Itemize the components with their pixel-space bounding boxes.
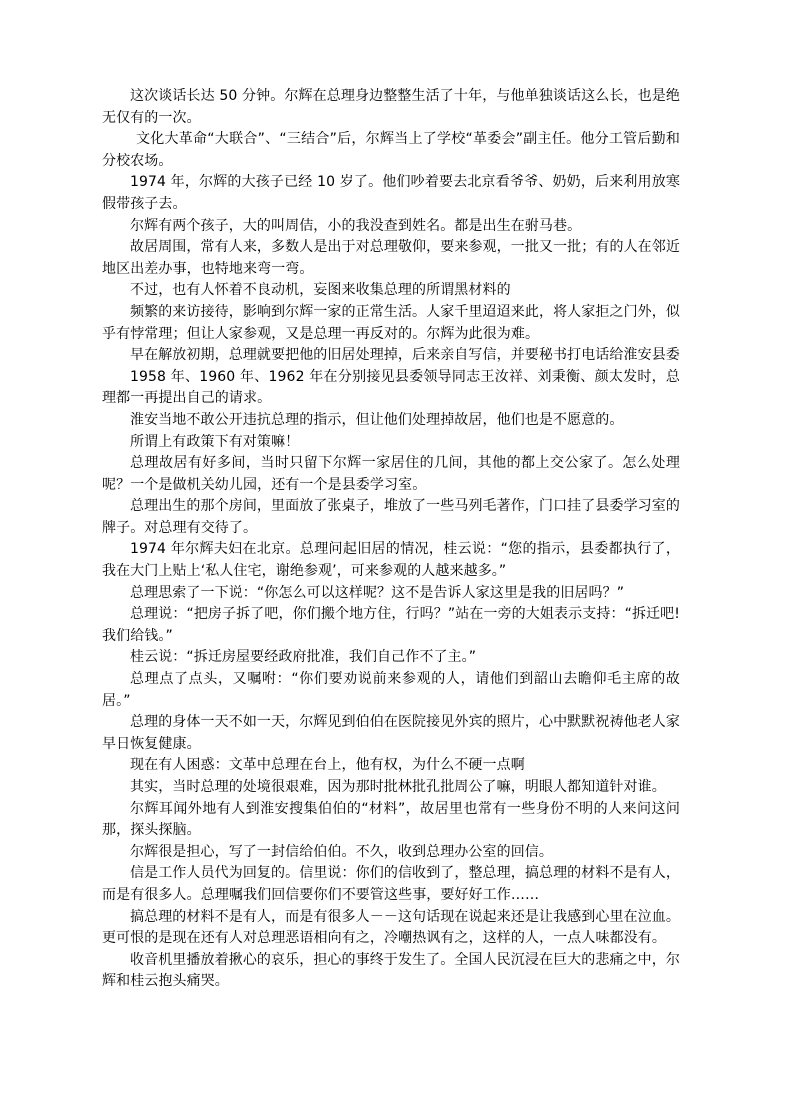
paragraph: 信是工作人员代为回复的。信里说：你们的信收到了，整总理，搞总理的材料不是有人，而… [102,863,680,906]
paragraph: 桂云说：“拆迁房屋要经政府批准，我们自己作不了主。” [102,647,680,669]
paragraph: 总理的身体一天不如一天，尔辉见到伯伯在医院接见外宾的照片，心中默默祝祷他老人家早… [102,712,680,755]
paragraph: 不过，也有人怀着不良动机，妄图来收集总理的所谓黑材料的 [102,280,680,302]
paragraph: 总理思索了一下说：“你怎么可以这样呢？这不是告诉人家这里是我的旧居吗？” [102,583,680,605]
paragraph: 总理说：“把房子拆了吧，你们搬个地方住，行吗？”站在一旁的大姐表示支持：“拆迁吧… [102,604,680,647]
paragraph: 淮安当地不敢公开违抗总理的指示，但让他们处理掉故居，他们也是不愿意的。 [102,410,680,432]
paragraph: 早在解放初期，总理就要把他的旧居处理掉，后来亲自写信，并要秘书打电话给淮安县委 [102,345,680,367]
paragraph: 总理点了点头，又嘱咐：“你们要劝说前来参观的人，请他们到韶山去瞻仰毛主席的故居。… [102,669,680,712]
paragraph: 收音机里播放着揪心的哀乐，担心的事终于发生了。全国人民沉浸在巨大的悲痛之中，尔辉… [102,950,680,993]
paragraph: 1974 年尔辉夫妇在北京。总理问起旧居的情况，桂云说：“您的指示，县委都执行了… [102,539,680,582]
paragraph: 现在有人困惑：文革中总理在台上，他有权，为什么不硬一点啊 [102,755,680,777]
paragraph: 尔辉有两个孩子，大的叫周佶，小的我没查到姓名。都是出生在驸马巷。 [102,216,680,238]
paragraph: 1974 年，尔辉的大孩子已经 10 岁了。他们吵着要去北京看爷爷、奶奶，后来利… [102,172,680,215]
paragraph: 尔辉很是担心，写了一封信给伯伯。不久，收到总理办公室的回信。 [102,842,680,864]
paragraph: 所谓上有政策下有对策嘛！ [102,432,680,454]
paragraph: 搞总理的材料不是有人，而是有很多人－－这句话现在说起来还是让我感到心里在泣血。更… [102,907,680,950]
document-page: 这次谈话长达 50 分钟。尔辉在总理身边整整生活了十年，与他单独谈话这么长，也是… [102,86,680,993]
paragraph: 频繁的来访接待，影响到尔辉一家的正常生活。人家千里迢迢来此，将人家拒之门外，似乎… [102,302,680,345]
paragraph: 尔辉耳闻外地有人到淮安搜集伯伯的“材料”，故居里也常有一些身份不明的人来问这问那… [102,799,680,842]
paragraph: 其实，当时总理的处境很艰难，因为那时批林批孔批周公了嘛，明眼人都知道针对谁。 [102,777,680,799]
paragraph: 文化大革命“大联合”、“三结合”后，尔辉当上了学校“革委会”副主任。他分工管后勤… [102,129,680,172]
paragraph: 总理故居有好多间，当时只留下尔辉一家居住的几间，其他的都上交公家了。怎么处理呢？… [102,453,680,496]
paragraph: 故居周围，常有人来，多数人是出于对总理敬仰，要来参观，一批又一批；有的人在邻近地… [102,237,680,280]
paragraph: 总理出生的那个房间，里面放了张桌子，堆放了一些马列毛著作，门口挂了县委学习室的牌… [102,496,680,539]
paragraph: 这次谈话长达 50 分钟。尔辉在总理身边整整生活了十年，与他单独谈话这么长，也是… [102,86,680,129]
paragraph: 1958 年、1960 年、1962 年在分别接见县委领导同志王汝祥、刘秉衡、颜… [102,367,680,410]
